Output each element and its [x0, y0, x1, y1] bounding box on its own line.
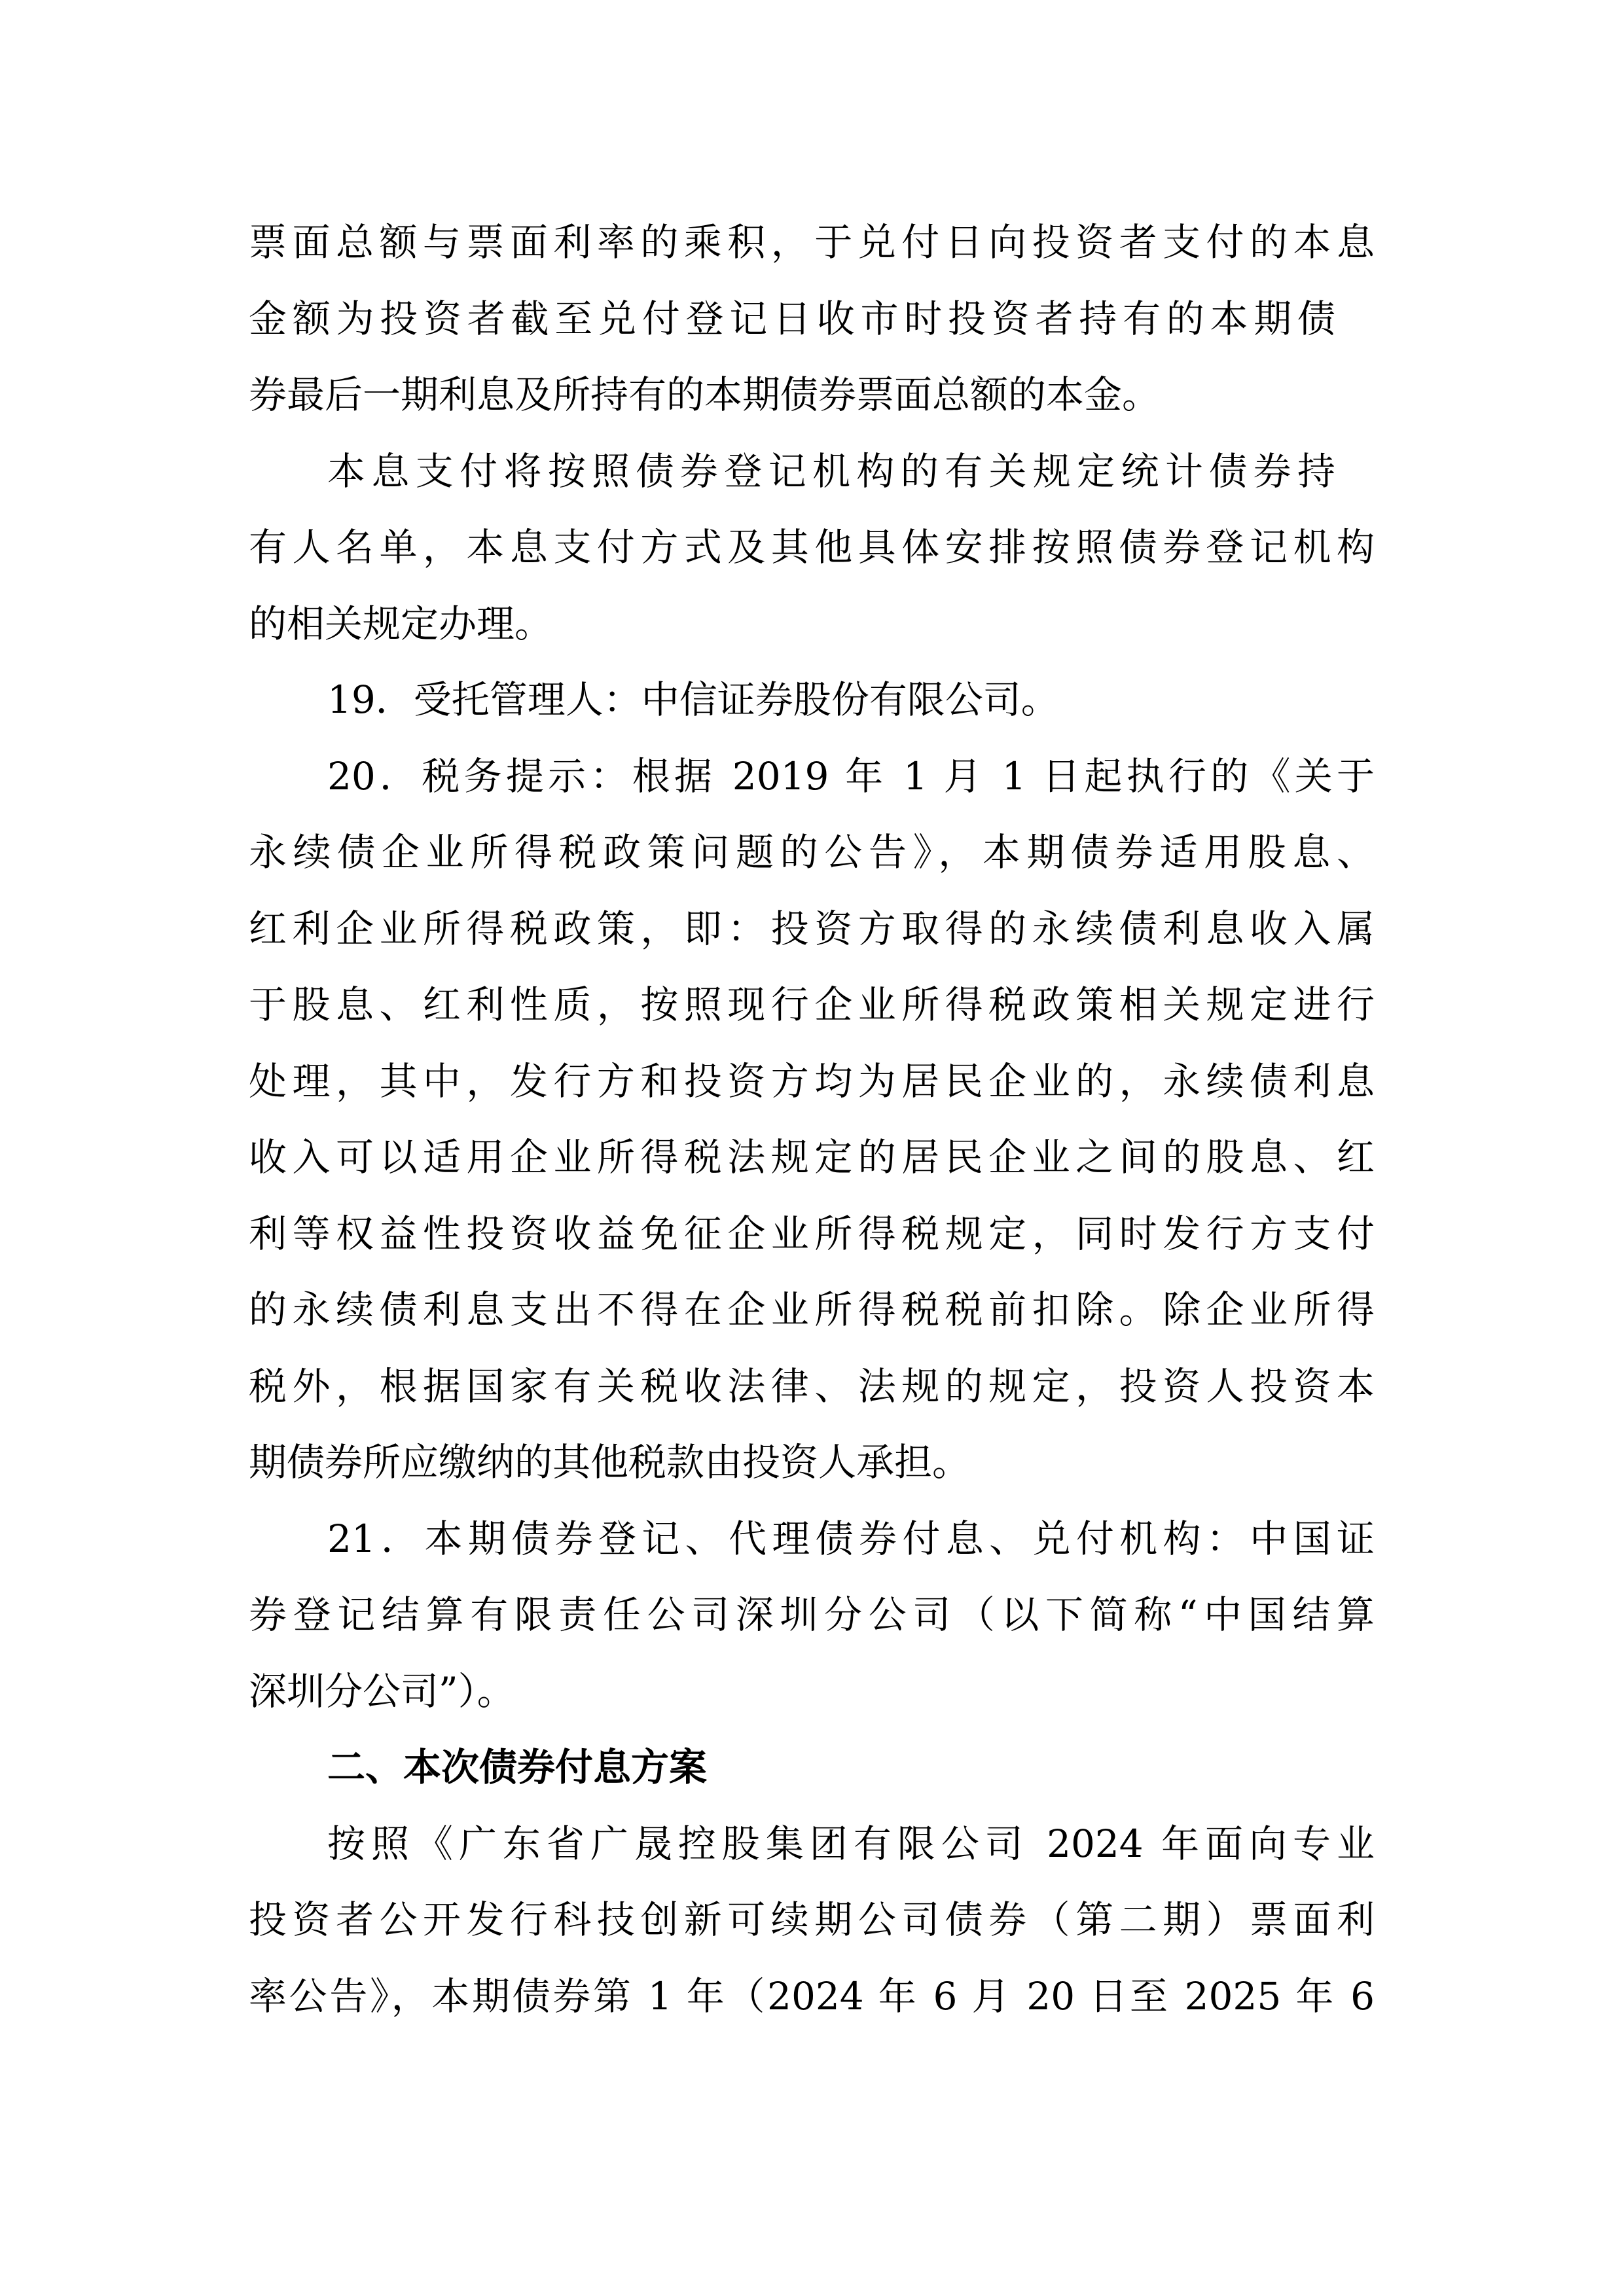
- paragraph-line: 于股息、红利性质，按照现行企业所得税政策相关规定进行: [249, 978, 1375, 1031]
- paragraph-line: 有人名单，本息支付方式及其他具体安排按照债券登记机构: [249, 521, 1375, 573]
- document-page: 票面总额与票面利率的乘积，于兑付日向投资者支付的本息 金额为投资者截至兑付登记日…: [0, 0, 1624, 2296]
- paragraph-line: 票面总额与票面利率的乘积，于兑付日向投资者支付的本息: [249, 216, 1375, 268]
- paragraph-line: 率公告》，本期债券第 1 年（2024 年 6 月 20 日至 2025 年 6: [249, 1970, 1375, 2022]
- paragraph-line: 利等权益性投资收益免征企业所得税规定，同时发行方支付: [249, 1208, 1375, 1260]
- paragraph-line: 券登记结算有限责任公司深圳分公司（以下简称“中国结算: [249, 1588, 1375, 1641]
- paragraph-line: 税外，根据国家有关税收法律、法规的规定，投资人投资本: [249, 1360, 1375, 1412]
- paragraph-line: 收入可以适用企业所得税法规定的居民企业之间的股息、红: [249, 1131, 1375, 1183]
- paragraph-line: 券最后一期利息及所持有的本期债券票面总额的本金。: [249, 368, 1375, 421]
- paragraph-line: 金额为投资者截至兑付登记日收市时投资者持有的本期债: [249, 293, 1335, 345]
- paragraph-line: 深圳分公司”）。: [249, 1665, 1375, 1717]
- item-21-registrar: 21．本期债券登记、代理债券付息、兑付机构：中国证: [327, 1513, 1375, 1565]
- paragraph-line: 投资者公开发行科技创新可续期公司债券（第二期）票面利: [249, 1893, 1375, 1946]
- paragraph-line: 处理，其中，发行方和投资方均为居民企业的，永续债利息: [249, 1055, 1375, 1107]
- item-19-trustee: 19．受托管理人：中信证券股份有限公司。: [327, 673, 1375, 726]
- paragraph-line: 按照《广东省广晟控股集团有限公司 2024 年面向专业: [327, 1818, 1375, 1870]
- paragraph-line: 的永续债利息支出不得在企业所得税税前扣除。除企业所得: [249, 1283, 1375, 1336]
- paragraph-line: 的相关规定办理。: [249, 598, 1375, 650]
- item-20-tax-notice: 20．税务提示：根据 2019 年 1 月 1 日起执行的《关于: [327, 750, 1375, 802]
- paragraph-line: 永续债企业所得税政策问题的公告》，本期债券适用股息、: [249, 826, 1375, 878]
- section-heading: 二、本次债券付息方案: [327, 1741, 1375, 1793]
- paragraph-line: 本息支付将按照债券登记机构的有关规定统计债券持: [327, 445, 1335, 497]
- paragraph-line: 红利企业所得税政策，即：投资方取得的永续债利息收入属: [249, 903, 1375, 955]
- paragraph-line: 期债券所应缴纳的其他税款由投资人承担。: [249, 1436, 1375, 1488]
